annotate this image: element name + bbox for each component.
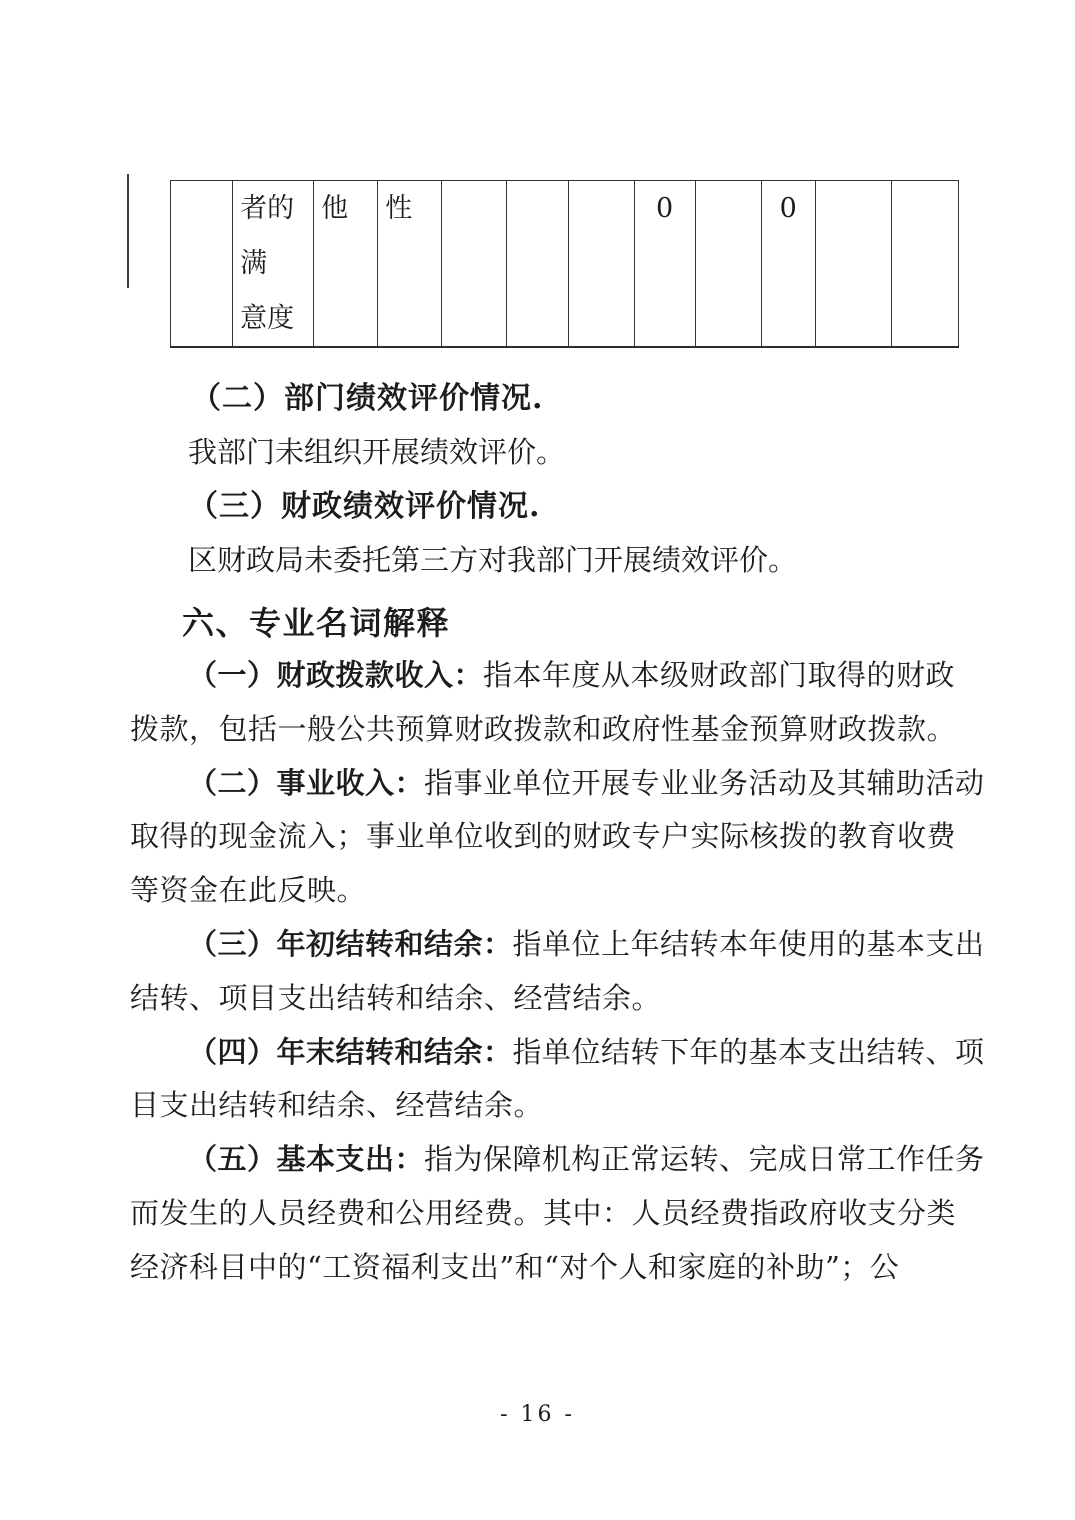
- definition-text: 结转、项目支出结转和结余、经营结余。: [130, 981, 661, 1015]
- table-row: 者的满 意度 他 性 0 0: [171, 181, 959, 348]
- section-3-body: 区财政局未委托第三方对我部门开展绩效评价。: [130, 533, 1016, 587]
- table-cell: 他: [314, 181, 378, 348]
- definition-text: 目支出结转和结余、经营结余。: [130, 1088, 543, 1122]
- definition-line: 目支出结转和结余、经营结余。: [130, 1079, 958, 1133]
- definition-line: 经济科目中的“工资福利支出”和“对个人和家庭的补助”；公: [130, 1241, 958, 1295]
- table-cell-satisfaction-label: 者的满 意度: [233, 181, 314, 348]
- table-cell: [507, 181, 569, 348]
- definitions-list: （一）财政拨款收入：指本年度从本级财政部门取得的财政 拨款，包括一般公共预算财政…: [130, 649, 958, 1295]
- definition-text: 拨款，包括一般公共预算财政拨款和政府性基金预算财政拨款。: [130, 712, 956, 746]
- definition-text: 指单位结转下年的基本支出结转、项: [513, 1035, 985, 1069]
- definition-text: 指事业单位开展专业业务活动及其辅助活动: [424, 766, 985, 800]
- section-2-body: 我部门未组织开展绩效评价。: [130, 425, 1016, 479]
- table-outer-border-fragment: [127, 174, 129, 288]
- definition-text: 而发生的人员经费和公用经费。其中：人员经费指政府收支分类: [130, 1196, 956, 1230]
- definition-text: 指为保障机构正常运转、完成日常工作任务: [424, 1142, 985, 1176]
- definition-line: 拨款，包括一般公共预算财政拨款和政府性基金预算财政拨款。: [130, 703, 958, 757]
- table-cell-value: 0: [634, 181, 695, 348]
- chapter-heading-terms: 六、专业名词解释: [130, 596, 1010, 650]
- definition-line: （一）财政拨款收入：指本年度从本级财政部门取得的财政: [130, 649, 958, 703]
- document-page: 者的满 意度 他 性 0 0 （二）部门绩效评价情况. 我部门未组织开展绩效评价…: [0, 0, 1075, 1520]
- table-cell: [815, 181, 891, 348]
- table-cell: [569, 181, 634, 348]
- definition-line: （四）年末结转和结余：指单位结转下年的基本支出结转、项: [130, 1026, 958, 1080]
- definition-line: 等资金在此反映。: [130, 864, 958, 918]
- definition-term: （一）财政拨款收入：: [188, 658, 483, 692]
- section-heading-3: （三）财政绩效评价情况.: [130, 480, 1016, 534]
- indicator-table-fragment: 者的满 意度 他 性 0 0: [170, 180, 959, 348]
- table-cell-value: 0: [761, 181, 815, 348]
- definition-term: （五）基本支出：: [188, 1142, 424, 1176]
- table-cell: [442, 181, 507, 348]
- table-cell: 性: [378, 181, 442, 348]
- table-cell: [695, 181, 761, 348]
- definition-term: （三）年初结转和结余：: [188, 927, 513, 961]
- definition-text: 等资金在此反映。: [130, 873, 366, 907]
- definition-line: 而发生的人员经费和公用经费。其中：人员经费指政府收支分类: [130, 1187, 958, 1241]
- page-number: - 16 -: [0, 1402, 1075, 1427]
- table-cell: [891, 181, 958, 348]
- definition-text: 经济科目中的“工资福利支出”和“对个人和家庭的补助”；公: [130, 1250, 899, 1284]
- definition-line: （五）基本支出：指为保障机构正常运转、完成日常工作任务: [130, 1133, 958, 1187]
- definition-line: 取得的现金流入；事业单位收到的财政专户实际核拨的教育收费: [130, 810, 958, 864]
- definition-line: （三）年初结转和结余：指单位上年结转本年使用的基本支出: [130, 918, 958, 972]
- definition-term: （四）年末结转和结余：: [188, 1035, 513, 1069]
- definition-term: （二）事业收入：: [188, 766, 424, 800]
- definition-text: 取得的现金流入；事业单位收到的财政专户实际核拨的教育收费: [130, 819, 956, 853]
- definition-text: 指单位上年结转本年使用的基本支出: [513, 927, 985, 961]
- section-heading-2: （二）部门绩效评价情况.: [130, 372, 1019, 426]
- definition-line: 结转、项目支出结转和结余、经营结余。: [130, 972, 958, 1026]
- definition-text: 指本年度从本级财政部门取得的财政: [483, 658, 955, 692]
- definition-line: （二）事业收入：指事业单位开展专业业务活动及其辅助活动: [130, 757, 958, 811]
- table-cell: [171, 181, 233, 348]
